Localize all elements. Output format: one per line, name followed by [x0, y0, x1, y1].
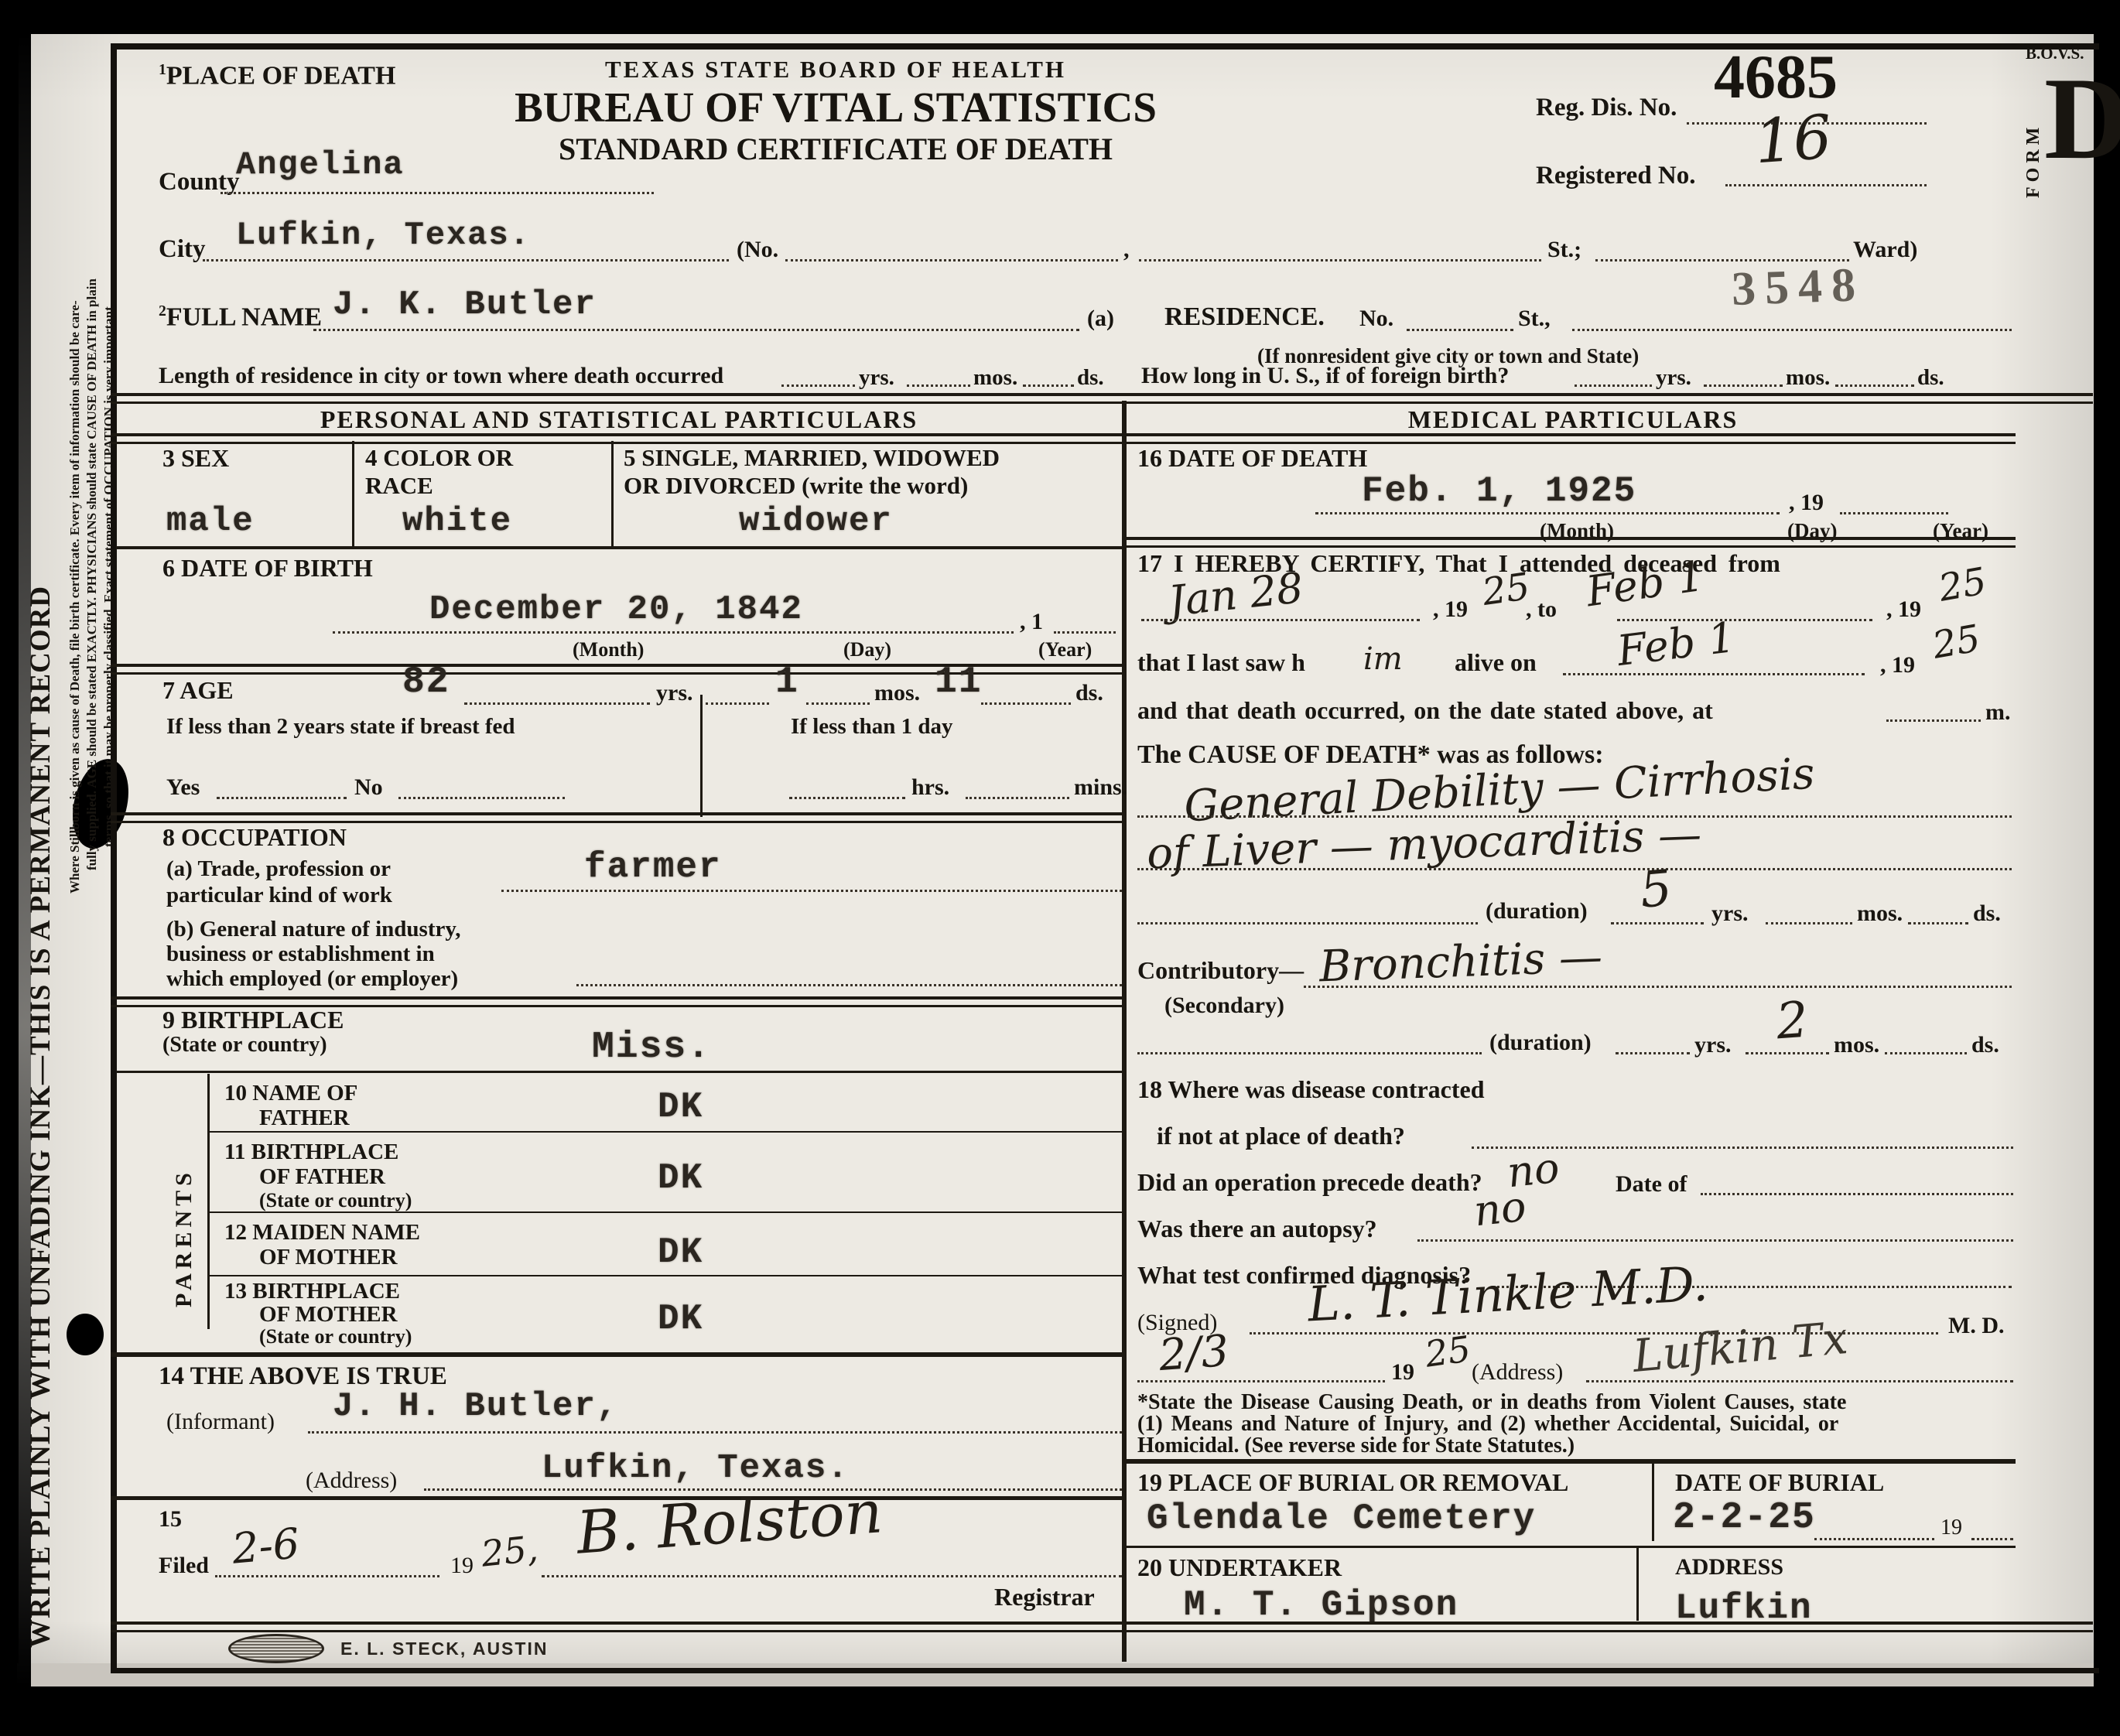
- section-15-label: 15: [159, 1507, 182, 1532]
- date-of-burial-value: 2-2-25: [1673, 1499, 1816, 1536]
- age-months-value: 1: [775, 664, 799, 701]
- occupation-b-label: (b) General nature of industry,: [166, 918, 461, 941]
- ink-blot: [67, 1314, 104, 1355]
- dotted-line: [501, 890, 1122, 892]
- dotted-line: [1572, 329, 2012, 331]
- dotted-line: [398, 797, 565, 799]
- mother-birthplace-label2: OF MOTHER: [259, 1303, 398, 1326]
- how-long-us-label: How long in U. S., if of foreign birth?: [1141, 364, 1509, 388]
- yrs-label: yrs.: [1656, 366, 1691, 389]
- mos-label: mos.: [874, 681, 920, 706]
- mins-label: mins.: [1074, 775, 1127, 800]
- dotted-line: [1417, 1239, 2013, 1242]
- dotted-line: [1835, 384, 1914, 387]
- violent-causes-note: *State the Disease Causing Death, or in …: [1137, 1391, 2016, 1413]
- cause-duration-years-value: 5: [1638, 863, 1674, 915]
- year-19-printed: , 19: [1886, 597, 1921, 622]
- last-saw-alive-label: that I last saw h: [1137, 650, 1305, 676]
- mother-maiden-label: 12 MAIDEN NAME: [224, 1221, 420, 1244]
- rule: [1127, 537, 2016, 548]
- dotted-line: [1908, 922, 1968, 924]
- ds-label: ds.: [1973, 901, 2001, 926]
- occupation-b-label2: business or establishment in: [166, 942, 435, 965]
- ds-label: ds.: [1077, 366, 1104, 389]
- heavy-rule: [111, 1352, 1122, 1357]
- mos-label: mos.: [1834, 1033, 1879, 1058]
- registered-no-label: Registered No.: [1536, 162, 1696, 190]
- mother-birthplace-value: DK: [658, 1301, 703, 1337]
- rule: [210, 1211, 1122, 1213]
- yrs-label: yrs.: [859, 366, 894, 389]
- filed-label: Filed: [159, 1553, 209, 1578]
- year-25-handwritten: 25: [1936, 562, 1988, 607]
- yes-label: Yes: [166, 775, 200, 800]
- rule: [210, 1275, 1122, 1276]
- color-race-label2: RACE: [365, 473, 433, 499]
- dotted-line: [203, 259, 729, 261]
- dotted-line: [1304, 986, 2012, 988]
- occupation-label: 8 OCCUPATION: [162, 825, 347, 851]
- place-of-burial-label: 19 PLACE OF BURIAL OR REMOVAL: [1137, 1470, 1568, 1496]
- marital-label2: OR DIVORCED (write the word): [624, 473, 968, 499]
- informant-label: (Informant): [166, 1410, 275, 1434]
- place-of-death-label: PLACE OF DEATH: [166, 61, 396, 90]
- year-25-handwritten: 25: [1423, 1331, 1472, 1372]
- father-birthplace-label2: OF FATHER: [259, 1165, 385, 1188]
- contributory-duration-months-value: 2: [1775, 996, 1810, 1047]
- year-sublabel: (Year): [1038, 639, 1092, 660]
- violent-causes-note2: (1) Means and Nature of Injury, and (2) …: [1137, 1413, 2016, 1435]
- dotted-line: [1575, 384, 1652, 387]
- dotted-line: [1407, 329, 1513, 331]
- dotted-line: [1315, 512, 1780, 514]
- month-sublabel: (Month): [573, 639, 644, 660]
- dotted-line: [1141, 619, 1420, 621]
- meridiem-label: m.: [1985, 700, 2011, 725]
- operation-label: Did an operation precede death?: [1137, 1170, 1482, 1196]
- md-printed-label: M. D.: [1948, 1314, 2004, 1338]
- color-race-label: 4 COLOR OR: [365, 446, 513, 471]
- mos-label: mos.: [1786, 366, 1830, 389]
- dotted-line: [907, 384, 970, 387]
- cell-divider: [352, 441, 354, 549]
- dotted-line: [1885, 1052, 1967, 1054]
- residence-label: RESIDENCE.: [1164, 303, 1325, 331]
- state-country-sublabel: (State or country): [259, 1190, 412, 1211]
- to-label: , to: [1526, 597, 1557, 622]
- dotted-line: [706, 702, 769, 705]
- dotted-line: [781, 384, 855, 387]
- signed-date-value: 2/3: [1157, 1330, 1230, 1378]
- comma: ,: [1123, 238, 1130, 262]
- autopsy-value: no: [1472, 1186, 1528, 1233]
- date-of-burial-label: DATE OF BURIAL: [1675, 1470, 1884, 1496]
- year-19-printed: , 19: [1880, 653, 1915, 678]
- parents-divider: [207, 1074, 210, 1329]
- informant-address-value: Lufkin, Texas.: [542, 1451, 850, 1485]
- margin-instruction-line: Where Stillborn is given as cause of Dea…: [68, 73, 82, 894]
- signed-address-label: (Address): [1472, 1360, 1563, 1385]
- dotted-line: [1814, 1538, 1934, 1540]
- street-label: St.;: [1547, 238, 1581, 262]
- dotted-line: [217, 797, 347, 799]
- full-name-value: J. K. Butler: [333, 288, 597, 322]
- registrar-label: Registrar: [994, 1584, 1095, 1611]
- board-title: TEXAS STATE BOARD OF HEALTH: [464, 57, 1207, 83]
- if-not-at-place-label: if not at place of death?: [1157, 1123, 1405, 1150]
- duration-label: (duration): [1486, 899, 1588, 924]
- filed-year-printed: 19: [450, 1553, 474, 1578]
- personal-particulars-title: PERSONAL AND STATISTICAL PARTICULARS: [116, 407, 1122, 433]
- dotted-line: [785, 259, 1118, 261]
- bottom-rule: [111, 1622, 2093, 1632]
- mother-maiden-label2: OF MOTHER: [259, 1246, 398, 1269]
- dotted-line: [1701, 1193, 2013, 1195]
- occupation-a-label2: particular kind of work: [166, 883, 392, 907]
- reg-dis-value: 4685: [1714, 45, 1838, 110]
- occupation-value: farmer: [584, 849, 722, 885]
- dotted-line: [1137, 922, 1478, 924]
- date-of-birth-label: 6 DATE OF BIRTH: [162, 555, 373, 582]
- ds-label: ds.: [1917, 366, 1944, 389]
- sex-label: 3 SEX: [162, 446, 229, 472]
- form-letter-d: D: [2044, 57, 2120, 181]
- dotted-line: [806, 702, 870, 705]
- section-number-2: 2: [159, 302, 166, 320]
- dotted-line: [1840, 512, 1948, 514]
- rule: [1127, 433, 2016, 444]
- ds-label: ds.: [1075, 681, 1103, 706]
- rule: [116, 546, 1122, 549]
- dotted-line: [333, 631, 1014, 634]
- contributory-label: Contributory—: [1137, 958, 1304, 984]
- yrs-label: yrs.: [1694, 1033, 1732, 1058]
- dotted-line: [1746, 1052, 1829, 1054]
- dotted-line: [1617, 619, 1872, 621]
- age-days-value: 11: [935, 664, 983, 701]
- father-name-value: DK: [658, 1089, 703, 1125]
- date-of-birth-value: December 20, 1842: [429, 593, 803, 627]
- father-birthplace-value: DK: [658, 1160, 703, 1196]
- printer-credit: E. L. STECK, AUSTIN: [340, 1639, 548, 1659]
- alive-on-label: alive on: [1455, 650, 1537, 676]
- dotted-line: [1023, 384, 1074, 387]
- dotted-line: [1886, 719, 1981, 722]
- cell-divider: [700, 695, 703, 817]
- residence-no-label: No.: [1359, 306, 1393, 331]
- no-label: No: [354, 775, 383, 800]
- full-name-heading: 2FULL NAME: [159, 303, 322, 331]
- city-label: City: [159, 236, 206, 263]
- violent-causes-note3: Homicidal. (See reverse side for State S…: [1137, 1434, 2016, 1457]
- cell-divider: [611, 441, 614, 549]
- dotted-line: [1139, 259, 1541, 261]
- dotted-line: [1563, 673, 1865, 675]
- filed-year-handwritten: 25,: [480, 1530, 540, 1571]
- margin-instruction-line: fully supplied. AGE should be stated EXA…: [85, 73, 99, 870]
- date-of-death-label: 16 DATE OF DEATH: [1137, 446, 1367, 472]
- marital-value: widower: [739, 504, 893, 538]
- parents-label: PARENTS: [172, 1106, 197, 1307]
- yrs-label: yrs.: [1711, 901, 1749, 926]
- section-number-1: 1: [159, 61, 166, 78]
- city-value: Lufkin, Texas.: [236, 219, 531, 251]
- full-name-label: FULL NAME: [166, 302, 322, 331]
- birthplace-value: Miss.: [592, 1029, 711, 1066]
- form-label: FORM: [2024, 82, 2043, 198]
- street-no-label: (No.: [737, 238, 778, 262]
- dotted-line: [1137, 1380, 1385, 1382]
- certificate-title: STANDARD CERTIFICATE OF DEATH: [418, 133, 1253, 166]
- ds-label: ds.: [1971, 1033, 1999, 1058]
- state-country-sublabel: (State or country): [259, 1326, 412, 1347]
- cell-divider: [1636, 1548, 1639, 1621]
- less-than-day-label: If less than 1 day: [791, 715, 953, 738]
- breast-fed-label: If less than 2 years state if breast fed: [166, 715, 515, 738]
- dotted-line: [981, 702, 1071, 705]
- occupation-a-label: (a) Trade, profession or: [166, 857, 391, 880]
- father-name-label2: FATHER: [259, 1106, 350, 1129]
- scan-edge-bottom: [0, 1686, 2120, 1736]
- file-number-stamp: 3548: [1731, 258, 1865, 317]
- year-19-printed: 19: [1940, 1516, 1962, 1539]
- rule: [111, 433, 1122, 444]
- mother-birthplace-label: 13 BIRTHPLACE: [224, 1280, 400, 1303]
- undertaker-address-label: ADDRESS: [1675, 1555, 1783, 1580]
- printer-logo: [228, 1634, 324, 1663]
- autopsy-label: Was there an autopsy?: [1137, 1216, 1377, 1242]
- length-of-residence-label: Length of residence in city or town wher…: [159, 364, 723, 388]
- rule: [210, 1131, 1122, 1133]
- occupation-b-label3: which employed (or employer): [166, 967, 458, 990]
- informant-address-label: (Address): [306, 1468, 397, 1493]
- day-sublabel: (Day): [843, 639, 891, 660]
- dotted-line: [789, 797, 905, 799]
- section-divider: [111, 393, 2093, 404]
- dotted-line: [1054, 631, 1116, 634]
- year-19-printed: 19: [1391, 1360, 1414, 1385]
- dotted-line: [221, 192, 654, 194]
- father-birthplace-label: 11 BIRTHPLACE: [224, 1140, 398, 1164]
- rule: [116, 1071, 1122, 1073]
- disease-contracted-label: 18 Where was disease contracted: [1137, 1077, 1485, 1103]
- residence-a-label: (a): [1087, 306, 1114, 331]
- dotted-line: [1704, 384, 1783, 387]
- dotted-line: [1586, 1380, 2013, 1382]
- scanned-death-certificate: WRITE PLAINLY WITH UNFADING INK—THIS IS …: [0, 0, 2120, 1736]
- registered-no-value: 16: [1752, 108, 1833, 173]
- duration-label: (duration): [1489, 1030, 1592, 1055]
- year-25-handwritten: 25: [1930, 620, 1982, 665]
- yrs-label: yrs.: [656, 681, 693, 706]
- rule: [111, 812, 1122, 823]
- reg-dis-label: Reg. Dis. No.: [1536, 94, 1677, 121]
- medical-particulars-title: MEDICAL PARTICULARS: [1127, 407, 2019, 433]
- rule: [1127, 1546, 2016, 1548]
- undertaker-label: 20 UNDERTAKER: [1137, 1555, 1342, 1581]
- age-label: 7 AGE: [162, 678, 234, 704]
- age-years-value: 82: [402, 664, 450, 701]
- secondary-sublabel: (Secondary): [1164, 993, 1284, 1018]
- dotted-line: [464, 702, 650, 705]
- heavy-rule: [1127, 1459, 2016, 1464]
- year-19-printed: , 19: [1433, 597, 1468, 622]
- mos-label: mos.: [1857, 901, 1903, 926]
- county-value: Angelina: [236, 149, 405, 181]
- dotted-line: [215, 1575, 439, 1577]
- place-of-death-heading: 1PLACE OF DEATH: [159, 62, 395, 90]
- dotted-line: [1137, 868, 2012, 870]
- dotted-line: [966, 797, 1069, 799]
- mos-label: mos.: [973, 366, 1017, 389]
- dotted-line: [1137, 1052, 1482, 1054]
- dotted-line: [1971, 1538, 2013, 1540]
- year-25-handwritten: 25: [1480, 568, 1532, 611]
- above-is-true-label: 14 THE ABOVE IS TRUE: [159, 1363, 447, 1390]
- dotted-line: [576, 984, 1122, 986]
- him-handwritten: im: [1363, 644, 1403, 675]
- dotted-line: [313, 329, 1079, 331]
- dotted-line: [1611, 922, 1704, 924]
- dotted-line: [308, 1431, 1122, 1434]
- dotted-line: [1766, 922, 1852, 924]
- dotted-line: [1616, 1052, 1690, 1054]
- birthplace-label: 9 BIRTHPLACE: [162, 1007, 344, 1034]
- cell-divider: [1652, 1464, 1654, 1541]
- sex-value: male: [166, 504, 255, 538]
- father-name-label: 10 NAME OF: [224, 1082, 357, 1105]
- place-of-burial-value: Glendale Cemetery: [1147, 1501, 1536, 1536]
- marital-label: 5 SINGLE, MARRIED, WIDOWED: [624, 446, 1000, 471]
- date-of-label: Date of: [1616, 1172, 1687, 1197]
- dotted-line: [1725, 184, 1927, 186]
- year-prefix: , 1: [1020, 610, 1043, 634]
- state-country-sublabel: (State or country): [162, 1034, 327, 1056]
- column-divider: [1122, 401, 1127, 1662]
- residence-st-label: St.,: [1518, 306, 1551, 331]
- informant-value: J. H. Butler,: [333, 1389, 618, 1423]
- scan-edge-top: [0, 0, 2120, 34]
- dotted-line: [542, 1575, 1122, 1577]
- color-value: white: [402, 504, 512, 538]
- undertaker-value: M. T. Gipson: [1184, 1587, 1458, 1623]
- year-19-printed: , 19: [1789, 490, 1824, 515]
- bureau-title: BUREAU OF VITAL STATISTICS: [418, 85, 1253, 130]
- margin-permanent-record-note: WRITE PLAINLY WITH UNFADING INK—THIS IS …: [26, 132, 56, 1648]
- mother-maiden-value: DK: [658, 1235, 703, 1270]
- hrs-label: hrs.: [911, 775, 949, 800]
- date-of-death-value: Feb. 1, 1925: [1362, 473, 1636, 509]
- filed-date-value: 2-6: [231, 1522, 301, 1570]
- scan-edge-left: [0, 0, 19, 1736]
- contributory-value: Bronchitis —: [1318, 936, 1603, 989]
